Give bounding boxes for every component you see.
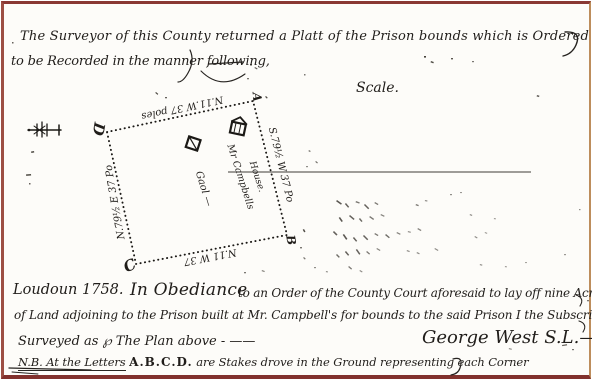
body-line-2: of Land adjoining to the Prison built at… — [14, 309, 592, 321]
pen-flourishes — [9, 32, 585, 375]
document-frame: The Surveyor of this County returned a P… — [0, 0, 592, 380]
ink-speck — [336, 200, 342, 205]
ink-speck — [265, 96, 268, 99]
obedience-rest: to an Order of the County Court aforesai… — [238, 287, 592, 299]
plat-svg — [4, 4, 592, 380]
ink-speck — [12, 42, 14, 44]
ink-speck — [254, 67, 257, 70]
ink-speck — [306, 166, 308, 167]
nb-line: N.B. At the Letters A.B.C.D. are Stakes … — [18, 356, 529, 369]
ink-speck — [300, 247, 302, 248]
ink-speck — [364, 204, 369, 209]
ink-speck — [417, 228, 421, 231]
ink-speck — [374, 233, 378, 236]
ink-speck — [29, 183, 31, 185]
nb-letters: A.B.C.D. — [129, 355, 192, 369]
ink-speck — [494, 218, 496, 219]
ink-speck — [380, 214, 384, 217]
ink-speck — [353, 237, 357, 242]
ink-speck — [348, 266, 352, 270]
ink-speck — [356, 249, 361, 255]
ink-speck — [470, 214, 473, 216]
ink-speck — [26, 174, 31, 176]
ink-speck — [505, 266, 507, 267]
ink-speck — [572, 349, 574, 350]
ink-speck — [396, 232, 400, 235]
ink-speck — [564, 254, 566, 255]
ink-speck — [425, 200, 428, 202]
ink-speck — [525, 262, 527, 263]
ink-speck — [343, 234, 348, 240]
ink-speck — [363, 235, 368, 240]
north-arrow-icon — [28, 122, 61, 137]
obedience-lead: In Obediance — [130, 282, 247, 299]
ink-speck — [336, 254, 340, 258]
ink-speck — [314, 267, 316, 268]
ink-speck — [451, 58, 453, 59]
ink-speck — [424, 56, 426, 58]
ink-speck — [587, 300, 589, 301]
ink-speck — [474, 236, 477, 239]
ink-speck — [345, 251, 349, 256]
ink-speck — [345, 203, 349, 208]
ink-speck — [315, 161, 318, 164]
ink-speck — [366, 251, 370, 255]
ink-speck — [359, 270, 362, 273]
ink-speck — [374, 202, 378, 205]
document-page: The Surveyor of this County returned a P… — [1, 1, 591, 379]
ink-speck — [250, 64, 252, 66]
ink-speck — [376, 248, 380, 251]
ink-speck — [247, 78, 249, 79]
ink-speck — [369, 216, 374, 220]
ink-speck — [31, 151, 34, 153]
ink-speck — [480, 264, 483, 266]
ink-speck — [434, 248, 438, 251]
body-line-3: Surveyed as ℘ The Plan above - —— — [18, 335, 255, 348]
ink-speck — [244, 272, 246, 273]
ink-speck — [450, 194, 452, 195]
ink-speck — [303, 257, 306, 260]
ink-speck — [333, 231, 338, 236]
corner-label-d: D — [89, 121, 106, 136]
ink-speck — [339, 217, 343, 222]
ink-speck — [408, 231, 411, 233]
ink-speck — [460, 192, 462, 193]
ink-speck — [579, 209, 581, 210]
house-icon — [229, 116, 248, 136]
ink-speck — [308, 150, 310, 152]
ink-speck — [262, 270, 265, 272]
ink-speck — [509, 348, 512, 350]
ink-speck — [359, 218, 363, 222]
ink-speck — [326, 271, 328, 273]
corner-label-b: B — [284, 234, 298, 246]
signature: George West S.L.— — [422, 329, 592, 347]
ink-speck — [349, 215, 355, 220]
nb-rest: are Stakes drove in the Ground represent… — [196, 355, 528, 369]
ink-speck — [537, 95, 540, 97]
ink-speck — [304, 74, 306, 76]
ink-speck — [407, 250, 410, 252]
ink-specks — [12, 42, 589, 350]
ink-speck — [356, 201, 360, 204]
ink-speck — [416, 252, 419, 254]
gaol-icon — [186, 136, 201, 150]
corner-label-a: A — [251, 92, 264, 102]
dateline: Loudoun 1758. — [13, 283, 124, 298]
ink-speck — [303, 229, 306, 232]
ink-speck — [385, 234, 390, 238]
ink-speck — [485, 232, 488, 234]
ink-speck — [416, 204, 419, 206]
nb-prefix: N.B. At the Letters — [18, 355, 126, 371]
ink-speck — [165, 97, 167, 98]
ink-speck — [431, 61, 434, 63]
ink-speck — [472, 61, 474, 62]
ink-speck — [155, 92, 158, 95]
